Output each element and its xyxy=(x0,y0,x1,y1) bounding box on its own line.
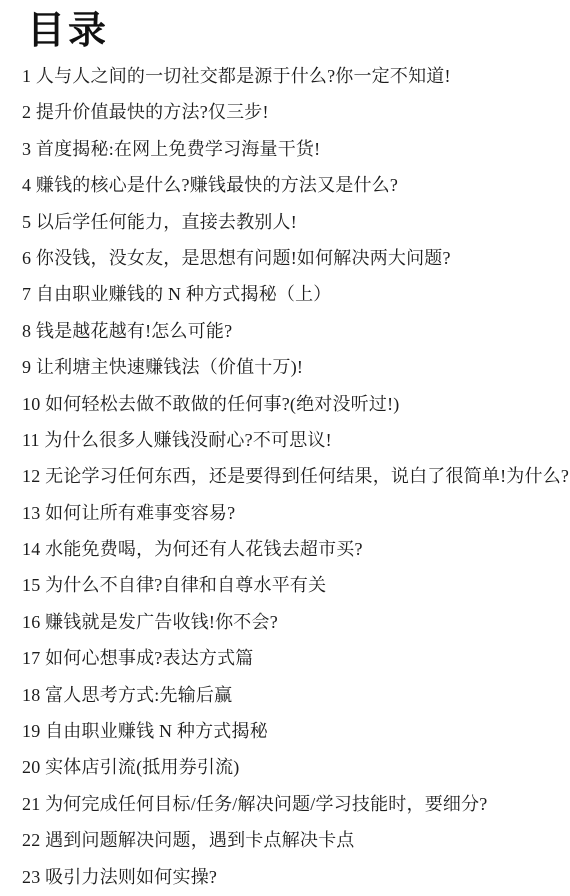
toc-item: 4 赚钱的核心是什么?赚钱最快的方法又是什么? xyxy=(22,167,552,203)
toc-item: 15 为什么不自律?自律和自尊水平有关 xyxy=(22,567,552,603)
toc-item: 11 为什么很多人赚钱没耐心?不可思议! xyxy=(22,422,552,458)
toc-item: 5 以后学任何能力，直接去教别人! xyxy=(22,204,552,240)
toc-item: 14 水能免费喝，为何还有人花钱去超市买? xyxy=(22,531,552,567)
toc-item: 17 如何心想事成?表达方式篇 xyxy=(22,640,552,676)
toc-item: 18 富人思考方式:先输后赢 xyxy=(22,677,552,713)
toc-item: 20 实体店引流(抵用券引流) xyxy=(22,749,552,785)
toc-item: 16 赚钱就是发广告收钱!你不会? xyxy=(22,604,552,640)
toc-item: 13 如何让所有难事变容易? xyxy=(22,495,552,531)
toc-item: 23 吸引力法则如何实操? xyxy=(22,859,552,895)
toc-page: 目录 1 人与人之间的一切社交都是源于什么?你一定不知道! 2 提升价值最快的方… xyxy=(0,0,570,896)
toc-item: 2 提升价值最快的方法?仅三步! xyxy=(22,94,552,130)
toc-item: 1 人与人之间的一切社交都是源于什么?你一定不知道! xyxy=(22,58,552,94)
toc-item: 6 你没钱，没女友，是思想有问题!如何解决两大问题? xyxy=(22,240,552,276)
toc-item: 3 首度揭秘:在网上免费学习海量干货! xyxy=(22,131,552,167)
page-title: 目录 xyxy=(27,10,552,52)
toc-item: 7 自由职业赚钱的 N 种方式揭秘（上） xyxy=(22,276,552,312)
toc-item: 22 遇到问题解决问题，遇到卡点解决卡点 xyxy=(22,822,552,858)
toc-item: 9 让利塘主快速赚钱法（价值十万)! xyxy=(22,349,552,385)
toc-item: 8 钱是越花越有!怎么可能? xyxy=(22,313,552,349)
toc-item: 19 自由职业赚钱 N 种方式揭秘 xyxy=(22,713,552,749)
toc-list: 1 人与人之间的一切社交都是源于什么?你一定不知道! 2 提升价值最快的方法?仅… xyxy=(22,58,552,895)
toc-item: 10 如何轻松去做不敢做的任何事?(绝对没听过!) xyxy=(22,386,552,422)
toc-item: 21 为何完成任何目标/任务/解决问题/学习技能时，要细分? xyxy=(22,786,552,822)
toc-item: 12 无论学习任何东西，还是要得到任何结果，说白了很简单!为什么? xyxy=(22,458,552,494)
